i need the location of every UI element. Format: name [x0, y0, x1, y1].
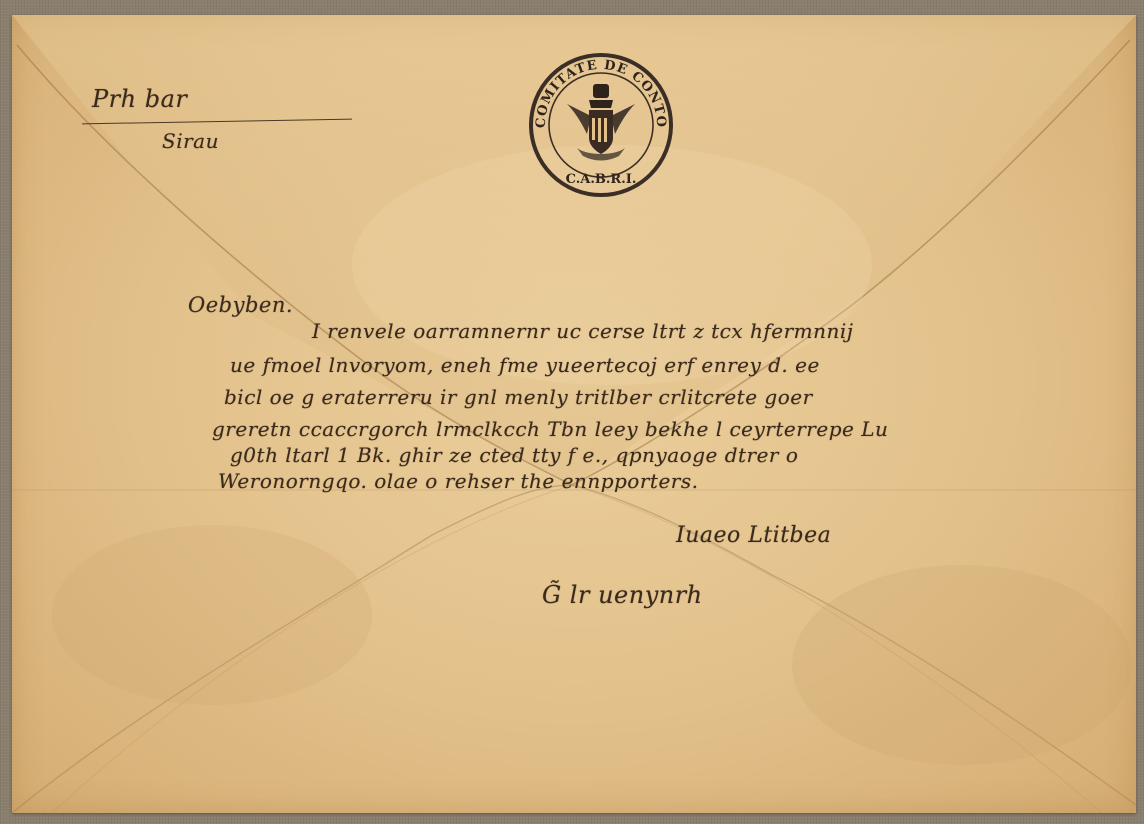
letter-line-6: Weronorngqo. olae o rehser the ennpporte… [218, 469, 698, 493]
letter-line-3: bicl oe g eraterreru ir gnl menly tritlb… [224, 385, 813, 409]
letter-line-2: ue fmoel lnvoryom, eneh fme yueertecoj e… [230, 353, 820, 377]
ink-seal-stamp: COMITATE DE CONTO C.A.B.R.I. [527, 52, 675, 198]
letter-line-1: I renvele oarramnernr uc cerse ltrt z tc… [312, 319, 853, 343]
seal-bottom-text: C.A.B.R.I. [566, 172, 637, 187]
eagle-emblem-icon [567, 84, 635, 161]
letter-salutation: Oebyben. [188, 293, 293, 317]
envelope: COMITATE DE CONTO C.A.B.R.I. Prh bar Sir… [12, 15, 1136, 813]
letter-line-5: g0th ltarl 1 Bk. ghir ze cted tty f e., … [230, 443, 798, 467]
letter-closing: Iuaeo Ltitbea [676, 523, 831, 548]
corner-note-line-1: Prh bar [92, 85, 187, 113]
corner-note-line-2: Sirau [162, 129, 219, 153]
letter-line-4: greretn ccaccrgorch lrmclkcch Tbn leey b… [212, 417, 888, 441]
letter-signature: G̃ lr uenynrh [542, 581, 703, 609]
